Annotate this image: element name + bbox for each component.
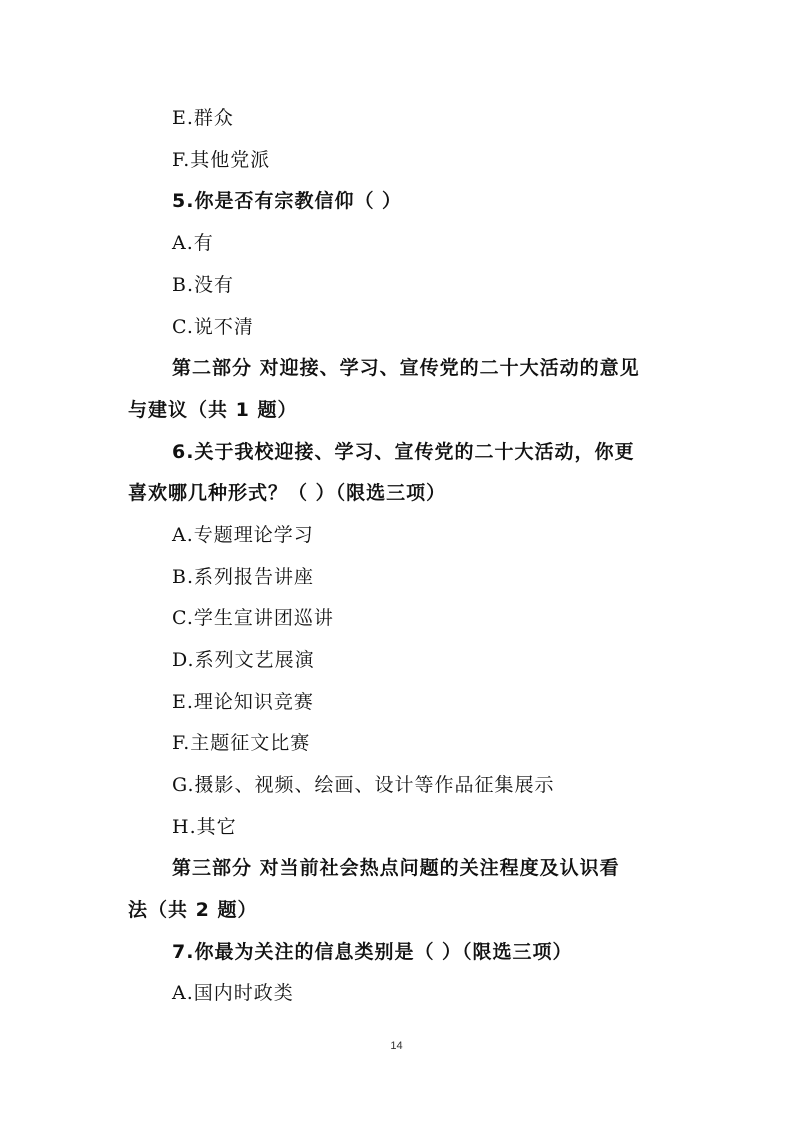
question-7: 7.你最为关注的信息类别是（ ）（限选三项） [172, 940, 573, 964]
option-c-unsure: C.说不清 [172, 315, 254, 339]
section-two-heading: 第二部分 对迎接、学习、宣传党的二十大活动的意见 [172, 356, 640, 380]
section-two-heading-cont: 与建议（共 1 题） [128, 398, 297, 422]
section-three-heading-cont: 法（共 2 题） [128, 898, 257, 922]
section-three-heading: 第三部分 对当前社会热点问题的关注程度及认识看 [172, 856, 620, 880]
option-a-yes: A.有 [172, 231, 214, 255]
question-6: 6.关于我校迎接、学习、宣传党的二十大活动，你更 [172, 440, 634, 464]
option-b-lectures: B.系列报告讲座 [172, 565, 314, 589]
option-a-domestic-politics: A.国内时政类 [172, 981, 294, 1005]
option-f-other-parties: F.其他党派 [172, 148, 270, 172]
option-g-works-exhibition: G.摄影、视频、绘画、设计等作品征集展示 [172, 773, 555, 797]
page-number: 14 [0, 1040, 793, 1052]
question-6-cont: 喜欢哪几种形式？（ ）（限选三项） [128, 481, 446, 505]
option-b-no: B.没有 [172, 273, 234, 297]
option-e-masses: E.群众 [172, 106, 234, 130]
option-a-theory-study: A.专题理论学习 [172, 523, 314, 547]
option-h-other: H.其它 [172, 815, 237, 839]
question-5: 5.你是否有宗教信仰（ ） [172, 189, 402, 213]
option-e-knowledge-contest: E.理论知识竞赛 [172, 690, 314, 714]
option-f-essay-contest: F.主题征文比赛 [172, 731, 310, 755]
option-c-student-tour: C.学生宣讲团巡讲 [172, 606, 334, 630]
option-d-art-shows: D.系列文艺展演 [172, 648, 315, 672]
